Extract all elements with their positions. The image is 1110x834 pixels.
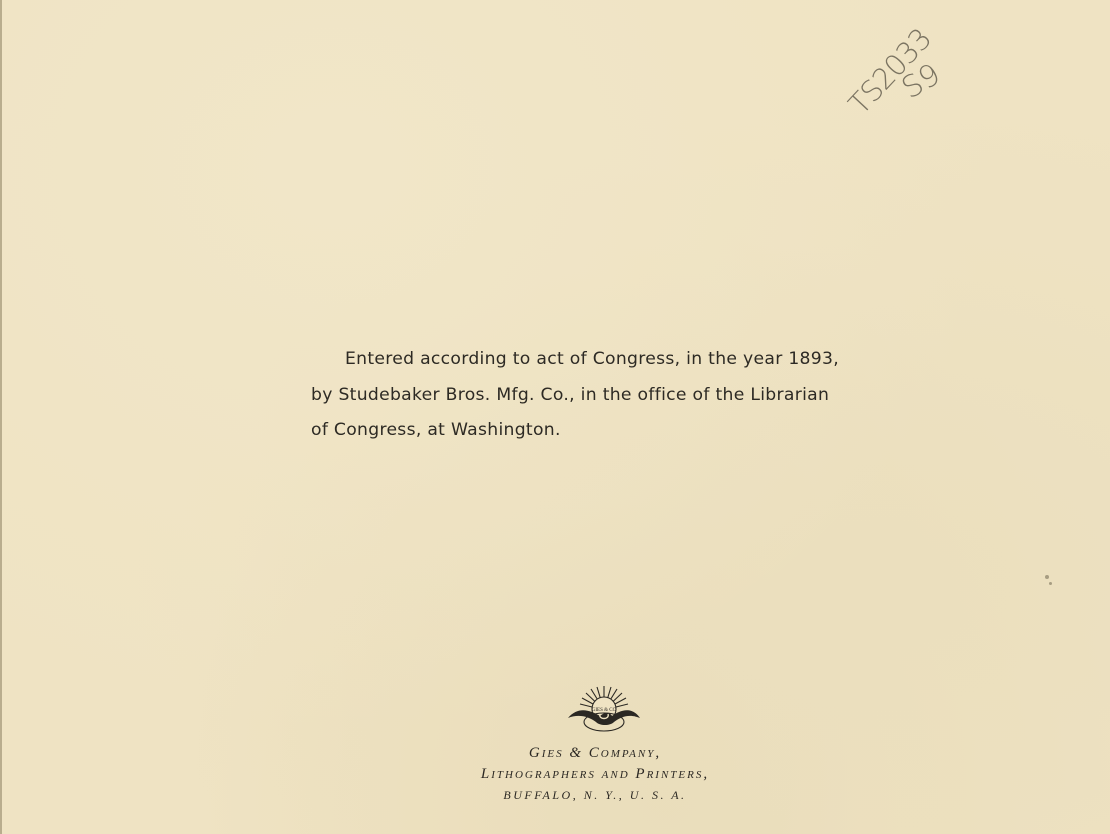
printer-trade: Lithographers and Printers, <box>440 766 750 783</box>
printer-company-name: Gies & Company, <box>440 745 750 762</box>
printer-logo-icon: GIES & CO <box>564 684 644 740</box>
page-left-edge <box>0 0 2 834</box>
copyright-line-1: Entered according to act of Congress, in… <box>311 342 901 378</box>
paper-speck <box>1045 575 1049 579</box>
copyright-notice: Entered according to act of Congress, in… <box>311 342 901 449</box>
copyright-line-2: by Studebaker Bros. Mfg. Co., in the off… <box>311 378 901 414</box>
copyright-line-3: of Congress, at Washington. <box>311 413 901 449</box>
paper-speck <box>1049 582 1052 585</box>
printer-location: BUFFALO, N. Y., U. S. A. <box>440 788 750 803</box>
svg-text:GIES & CO: GIES & CO <box>592 708 617 713</box>
